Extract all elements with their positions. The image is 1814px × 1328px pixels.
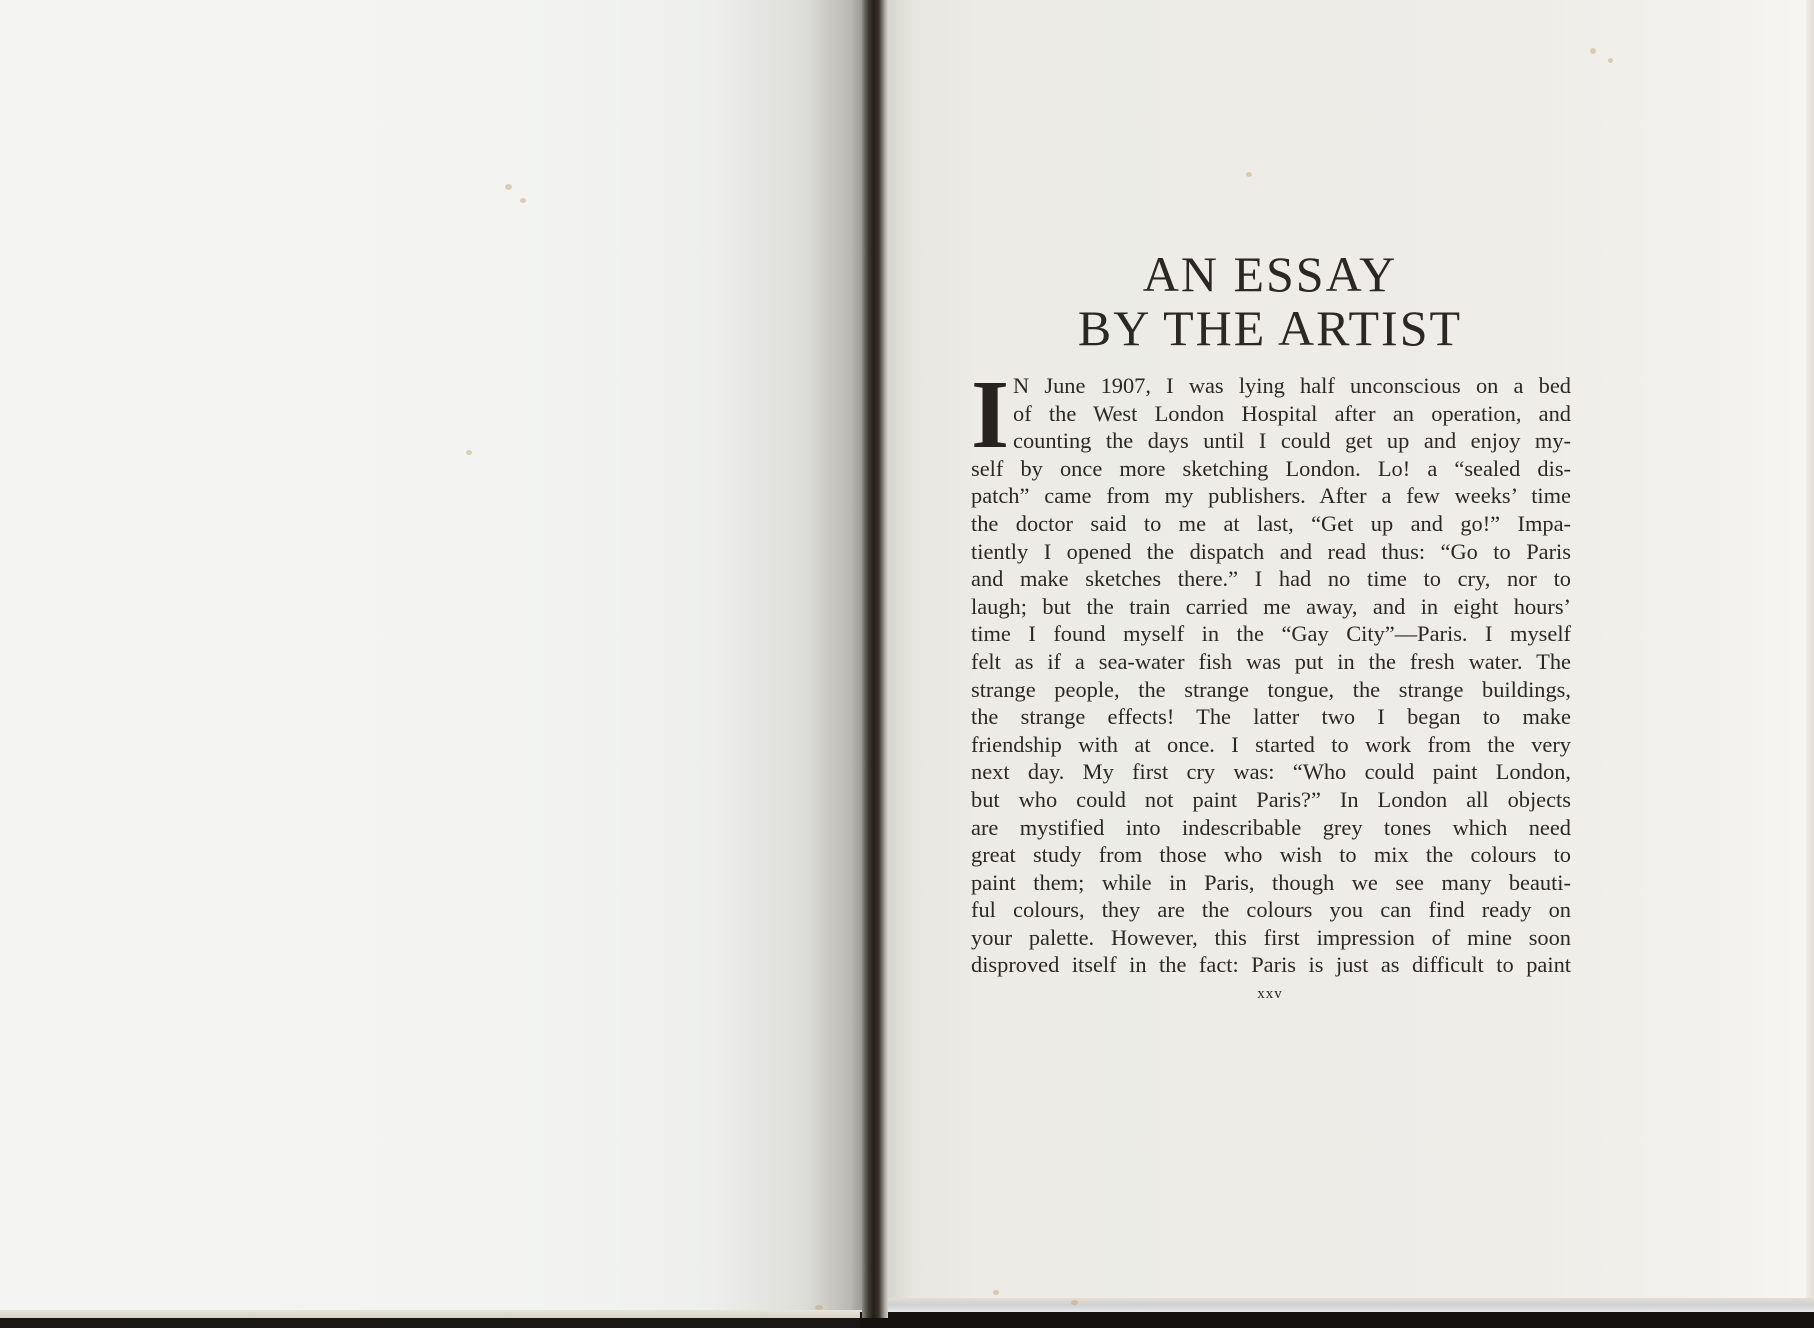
body-line: are mystified into indescribable grey to…: [971, 814, 1571, 842]
body-line: felt as if a sea-water fish was put in t…: [971, 648, 1571, 676]
foxing-spot: [1246, 172, 1252, 177]
body-line: ful colours, they are the colours you ca…: [971, 896, 1571, 924]
right-page-bottom-edge: [886, 1298, 1814, 1312]
foxing-spot: [505, 184, 512, 190]
body-line: laugh; but the train carried me away, an…: [971, 593, 1571, 621]
foxing-spot: [1590, 48, 1596, 54]
foxing-spot: [520, 198, 526, 203]
body-line: strange people, the strange tongue, the …: [971, 676, 1571, 704]
foxing-spot: [993, 1290, 999, 1295]
page-number: xxv: [1240, 986, 1300, 1003]
left-page-bottom-edge: [0, 1310, 868, 1318]
body-line: next day. My first cry was: “Who could p…: [971, 758, 1571, 786]
body-line: patch” came from my publishers. After a …: [971, 482, 1571, 510]
body-line: of the West London Hospital after an ope…: [971, 400, 1571, 428]
body-line: your palette. However, this first impres…: [971, 924, 1571, 952]
body-line: counting the days until I could get up a…: [971, 427, 1571, 455]
body-line: paint them; while in Paris, though we se…: [971, 869, 1571, 897]
body-line: friendship with at once. I started to wo…: [971, 731, 1571, 759]
body-line: great study from those who wish to mix t…: [971, 841, 1571, 869]
book-spread: AN ESSAY BY THE ARTIST I N June 1907, I …: [0, 0, 1814, 1328]
book-gutter: [862, 0, 888, 1318]
body-line: self by once more sketching London. Lo! …: [971, 455, 1571, 483]
body-line: the doctor said to me at last, “Get up a…: [971, 510, 1571, 538]
book-cover-edge: [860, 1312, 1814, 1328]
foxing-spot: [815, 1305, 823, 1310]
foxing-spot: [1608, 58, 1613, 63]
body-line: disproved itself in the fact: Paris is j…: [971, 951, 1571, 979]
foxing-spot: [466, 450, 472, 455]
right-page-fore-edge: [1806, 0, 1814, 1310]
chapter-title-line-1: AN ESSAY: [1000, 246, 1540, 302]
body-line: and make sketches there.” I had no time …: [971, 565, 1571, 593]
body-line: tiently I opened the dispatch and read t…: [971, 538, 1571, 566]
foxing-spot: [1071, 1300, 1078, 1305]
body-line: the strange effects! The latter two I be…: [971, 703, 1571, 731]
essay-body: N June 1907, I was lying half unconsciou…: [971, 372, 1571, 979]
body-line: N June 1907, I was lying half unconsciou…: [971, 372, 1571, 400]
body-line: but who could not paint Paris?” In Londo…: [971, 786, 1571, 814]
chapter-title-line-2: BY THE ARTIST: [1010, 300, 1530, 356]
left-page-blank: [0, 0, 868, 1318]
body-line: time I found myself in the “Gay City”—Pa…: [971, 620, 1571, 648]
